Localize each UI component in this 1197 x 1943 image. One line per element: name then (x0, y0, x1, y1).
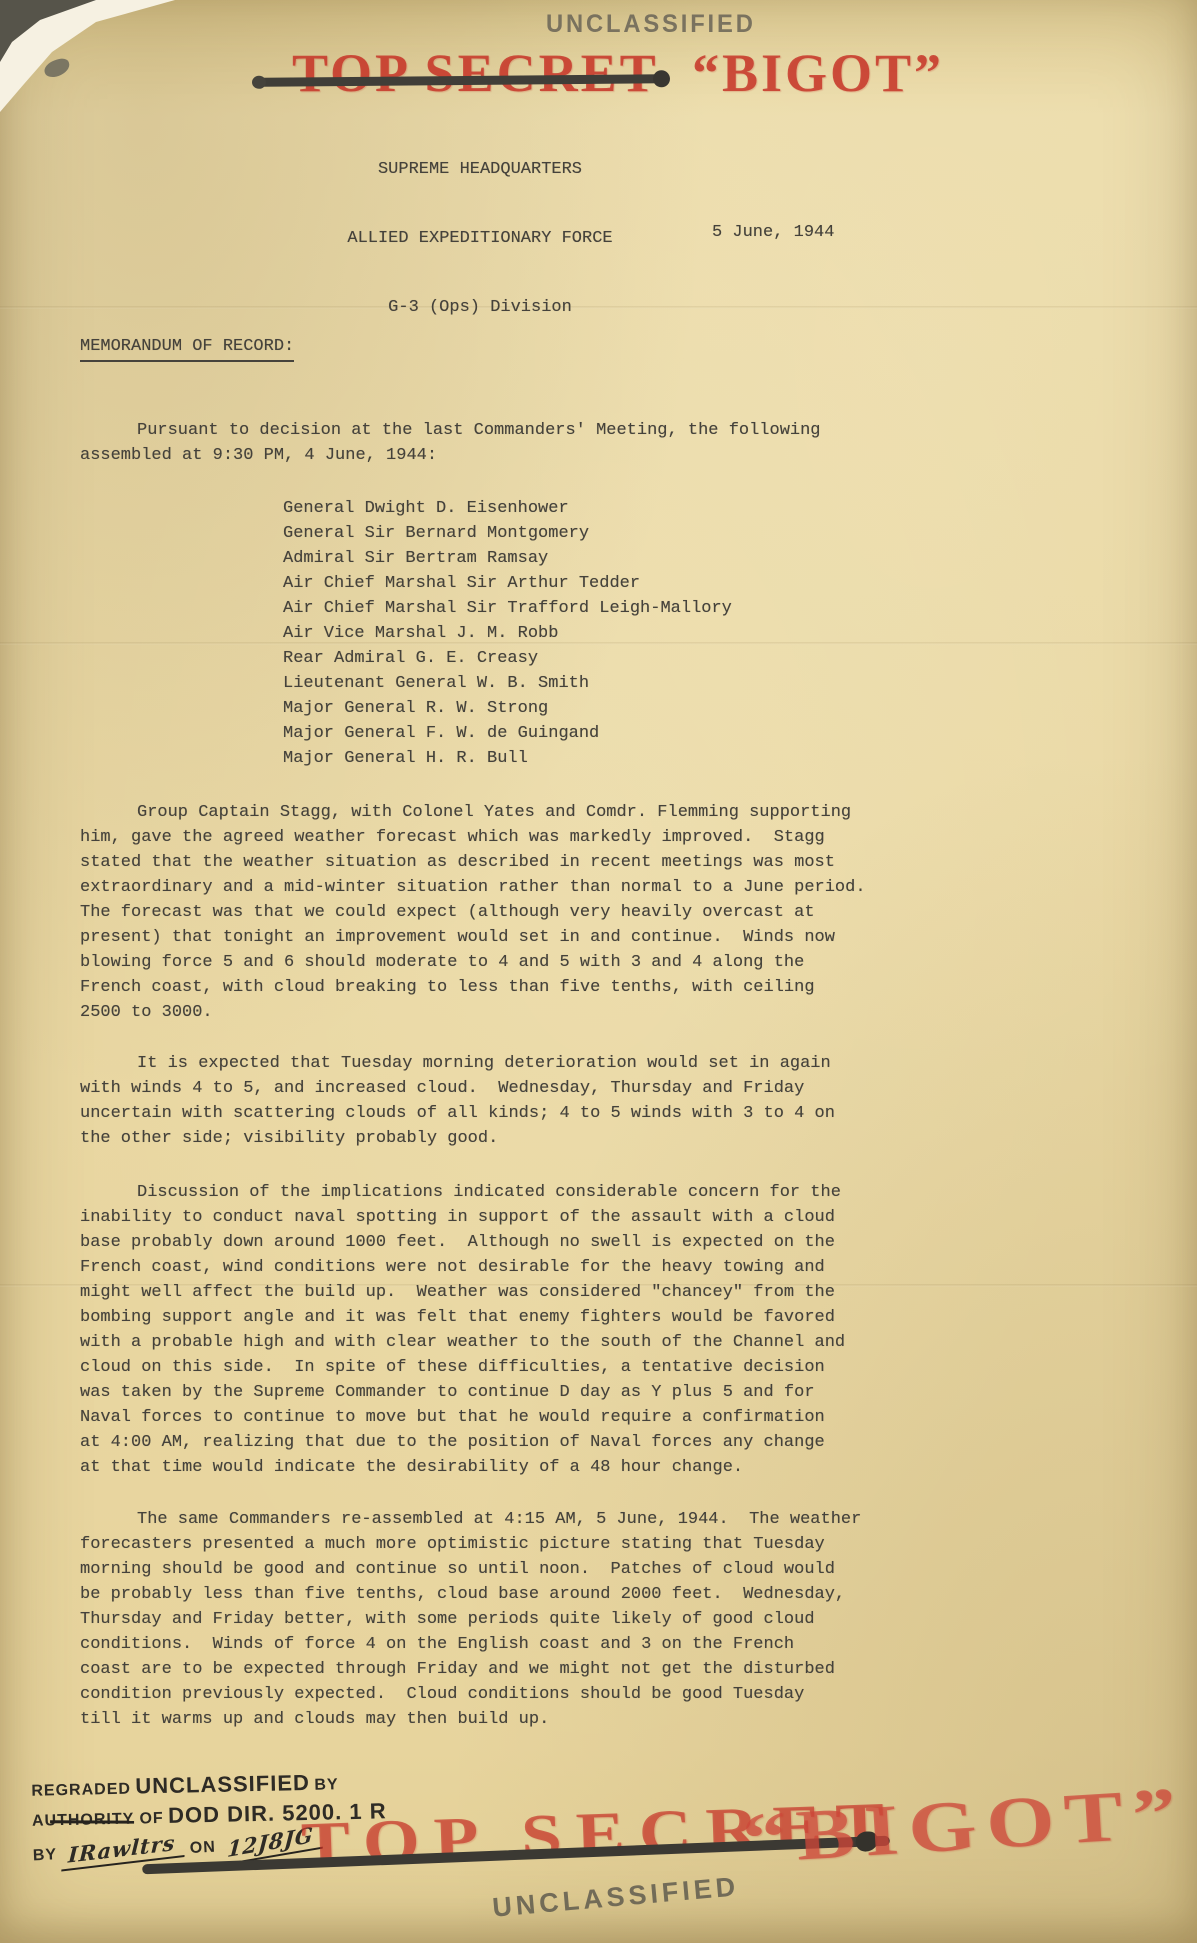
attendee-name: Admiral Sir Bertram Ramsay (283, 546, 732, 571)
paragraph-reassembled: The same Commanders re-assembled at 4:15… (80, 1507, 861, 1732)
attendee-name: Air Vice Marshal J. M. Robb (283, 621, 732, 646)
top-secret-stamp-top: TOP SECRET (292, 42, 659, 104)
pen-strike-authority (50, 1820, 134, 1823)
attendee-name: Air Chief Marshal Sir Trafford Leigh-Mal… (283, 596, 732, 621)
unclassified-stamp-bottom: UNCLASSIFIED (491, 1871, 740, 1923)
paragraph-discussion-decision: Discussion of the implications indicated… (80, 1180, 845, 1480)
attendee-name: Rear Admiral G. E. Creasy (283, 646, 732, 671)
attendee-list: General Dwight D. EisenhowerGeneral Sir … (283, 496, 732, 771)
by-suffix-label: BY (314, 1776, 339, 1794)
on-label: ON (189, 1839, 216, 1857)
regraded-label: REGRADED (31, 1781, 131, 1800)
attendee-name: Lieutenant General W. B. Smith (283, 671, 732, 696)
memo-title: MEMORANDUM OF RECORD: (80, 334, 294, 362)
authority-of-wrap: AUTHORITY OF (32, 1810, 164, 1831)
torn-corner-spot (42, 56, 72, 80)
by-label: BY (32, 1846, 57, 1864)
regrade-line-1: REGRADED UNCLASSIFIED BY (31, 1768, 386, 1801)
intro-paragraph: Pursuant to decision at the last Command… (80, 418, 821, 468)
attendee-name: Major General R. W. Strong (283, 696, 732, 721)
attendee-name: General Sir Bernard Montgomery (283, 521, 732, 546)
attendee-name: Major General F. W. de Guingand (283, 721, 732, 746)
paragraph-tuesday-outlook: It is expected that Tuesday morning dete… (80, 1051, 835, 1151)
attendee-name: General Dwight D. Eisenhower (283, 496, 732, 521)
attendee-name: Air Chief Marshal Sir Arthur Tedder (283, 571, 732, 596)
document-date: 5 June, 1944 (712, 220, 834, 245)
attendee-name: Major General H. R. Bull (283, 746, 732, 771)
letterhead-line-3: G-3 (Ops) Division (80, 296, 880, 319)
paragraph-weather-forecast: Group Captain Stagg, with Colonel Yates … (80, 800, 866, 1025)
unclassified-stamp-top: UNCLASSIFIED (546, 10, 756, 39)
document-page: UNCLASSIFIED TOP SECRET “BIGOT” SUPREME … (0, 0, 1197, 1943)
letterhead-line-1: SUPREME HEADQUARTERS (80, 158, 880, 181)
bigot-stamp-top: “BIGOT” (692, 42, 944, 104)
bigot-stamp-bottom: “BIGOT” (740, 1771, 1188, 1881)
unclassified-label: UNCLASSIFIED (135, 1770, 310, 1799)
